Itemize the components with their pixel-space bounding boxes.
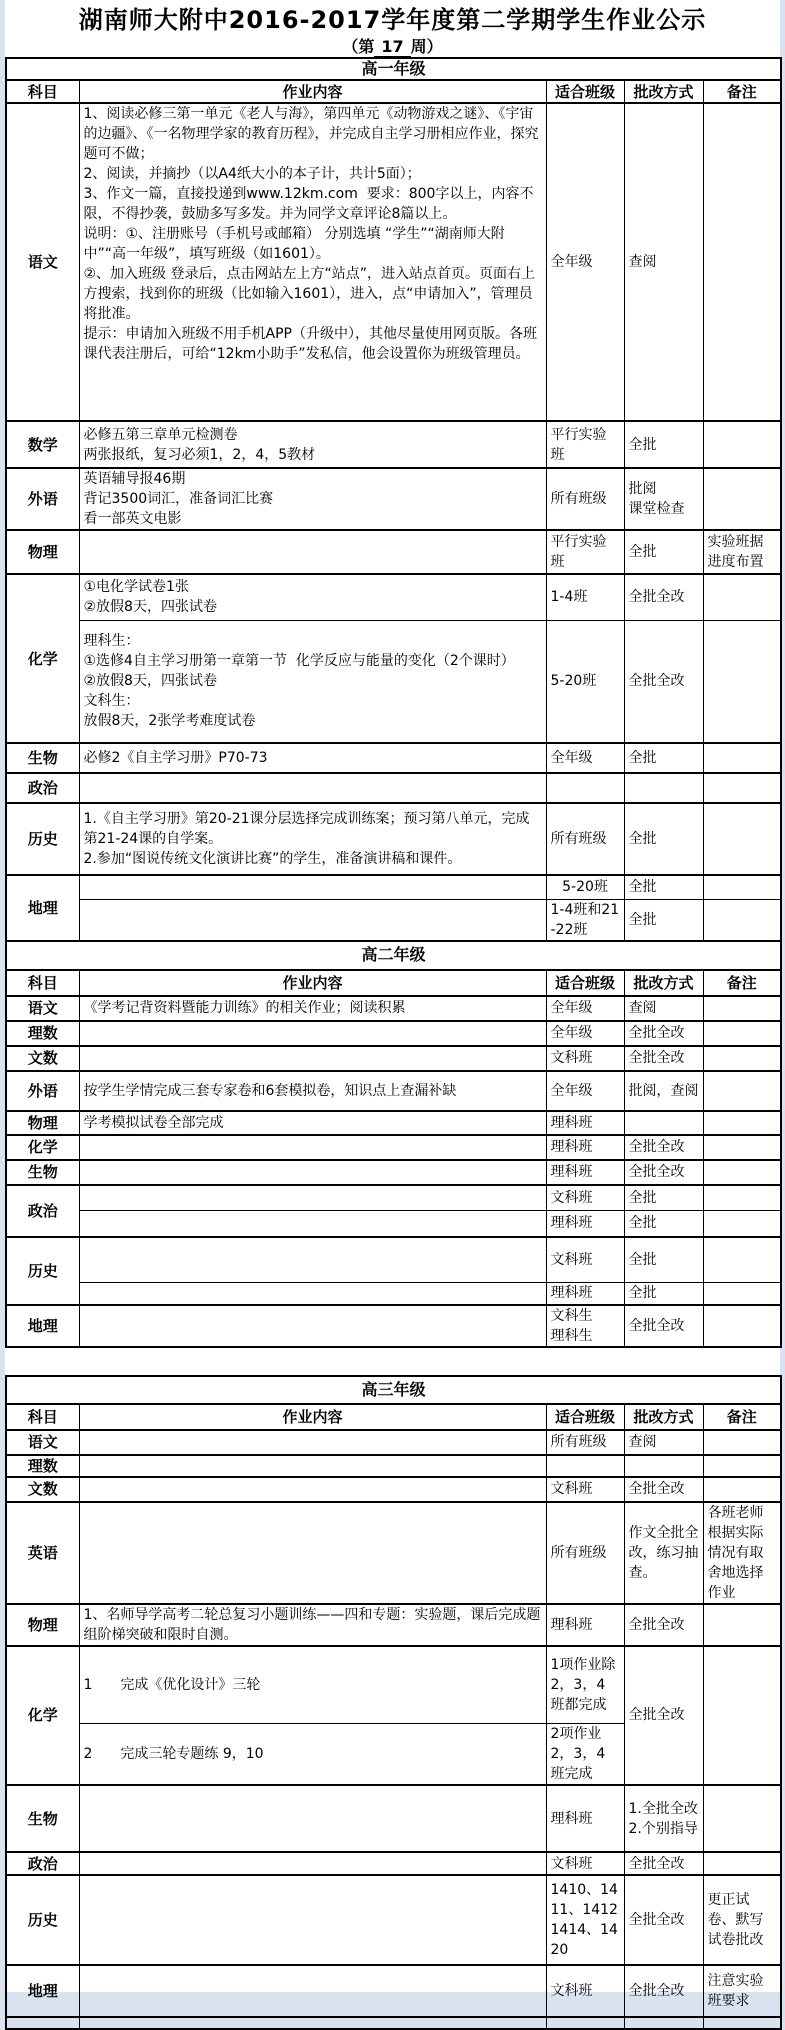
cell-content xyxy=(79,1785,546,1852)
cell-content: 2 完成三轮专题练 9，10 xyxy=(79,1724,546,1786)
cell-subject: 外语 xyxy=(6,468,79,530)
cell-content xyxy=(79,1046,546,1071)
cell-content: 理科生： ①选修4自主学习册第一章第一节 化学反应与能量的变化（2个课时） ②放… xyxy=(79,620,546,743)
column-header-method: 批改方式 xyxy=(624,80,703,103)
table-row: 外语 按学生学情完成三套专家卷和6套模拟卷，知识点上查漏补缺 全年级 批阅，查阅 xyxy=(6,1071,781,1111)
cell-method: 全批 xyxy=(624,1185,703,1211)
table-row: 地理 文科生 理科生 全批全改 xyxy=(6,1305,781,1347)
section-gap xyxy=(5,1348,780,1375)
cell-method: 批阅，查阅 xyxy=(624,1071,703,1111)
cell-note xyxy=(703,1852,781,1875)
cell-method: 全批 xyxy=(624,1283,703,1305)
homework-table-grade1-2: 高一年级 科目 作业内容 适合班级 批改方式 备注 语文 1、阅读必修三第一单元… xyxy=(5,57,782,1348)
cell-classes: 理科班 xyxy=(546,1160,624,1185)
cell-content: 1.《自主学习册》第20-21课分层选择完成训练案；预习第八单元，完成第21-2… xyxy=(79,803,546,875)
cell-content xyxy=(79,1875,546,1965)
section-title: 高二年级 xyxy=(6,941,781,970)
cell-subject: 历史 xyxy=(6,1875,79,1965)
empty-row xyxy=(6,2017,781,2029)
table-row: 生物 理科班 1.全批全改 2.个别指导 xyxy=(6,1785,781,1852)
empty-cell xyxy=(546,2017,624,2029)
cell-classes: 文科生 理科生 xyxy=(546,1305,624,1347)
cell-content xyxy=(79,530,546,574)
table-row: 文数 文科班 全批全改 xyxy=(6,1046,781,1071)
cell-content xyxy=(79,1211,546,1237)
cell-note xyxy=(703,1455,781,1477)
cell-note xyxy=(703,468,781,530)
cell-content: 1 完成《优化设计》三轮 xyxy=(79,1646,546,1724)
cell-subject: 地理 xyxy=(6,875,79,941)
empty-cell xyxy=(6,2017,79,2029)
cell-content xyxy=(79,773,546,803)
cell-method: 全批全改 xyxy=(624,1852,703,1875)
cell-classes: 文科班 xyxy=(546,1185,624,1211)
table-row: 数学 必修五第三章单元检测卷 两张报纸，复习必须1，2，4，5教材 平行实验班 … xyxy=(6,421,781,468)
cell-content xyxy=(79,1283,546,1305)
cell-content: 必修2《自主学习册》P70-73 xyxy=(79,743,546,773)
subtitle-prefix: （第 xyxy=(342,37,374,56)
column-header-subject: 科目 xyxy=(6,1404,79,1430)
table-row: 英语 所有班级 作文全批全改，练习抽查。 各班老师根据实际情况有取舍地选择作业 xyxy=(6,1502,781,1604)
cell-method: 全批 xyxy=(624,875,703,899)
cell-note xyxy=(703,996,781,1021)
cell-subject: 文数 xyxy=(6,1046,79,1071)
cell-subject: 外语 xyxy=(6,1071,79,1111)
cell-classes: 所有班级 xyxy=(546,803,624,875)
cell-method: 查阅 xyxy=(624,103,703,421)
table-row: 物理 学考模拟试卷全部完成 理科班 xyxy=(6,1111,781,1135)
table-subrow: 理科班 全批 xyxy=(6,1211,781,1237)
cell-content: 学考模拟试卷全部完成 xyxy=(79,1111,546,1135)
cell-note xyxy=(703,1135,781,1160)
cell-note xyxy=(703,1071,781,1111)
cell-classes: 平行实验班 xyxy=(546,421,624,468)
cell-subject: 英语 xyxy=(6,1502,79,1604)
cell-note xyxy=(703,1430,781,1455)
cell-classes: 全年级 xyxy=(546,996,624,1021)
cell-classes: 全年级 xyxy=(546,743,624,773)
cell-subject: 化学 xyxy=(6,1135,79,1160)
cell-content xyxy=(79,1160,546,1185)
cell-note xyxy=(703,103,781,421)
column-header-subject: 科目 xyxy=(6,80,79,103)
cell-method: 全批 xyxy=(624,530,703,574)
table-row: 化学 ①电化学试卷1张 ②放假8天，四张试卷 1-4班 全批全改 xyxy=(6,574,781,620)
homework-table-grade3: 高三年级 科目 作业内容 适合班级 批改方式 备注 语文 所有班级 查阅 理数 … xyxy=(5,1375,782,2030)
cell-content xyxy=(79,1477,546,1502)
cell-note xyxy=(703,803,781,875)
cell-method: 全批全改 xyxy=(624,1477,703,1502)
page-subtitle: （第17周） xyxy=(5,37,780,57)
section-banner-row: 高三年级 xyxy=(6,1376,781,1404)
cell-subject: 理数 xyxy=(6,1021,79,1046)
cell-method: 全批全改 xyxy=(624,620,703,743)
cell-method: 1.全批全改 2.个别指导 xyxy=(624,1785,703,1852)
cell-note: 更正试卷、默写试卷批改 xyxy=(703,1875,781,1965)
cell-classes: 5-20班 xyxy=(546,620,624,743)
section-title: 高一年级 xyxy=(6,58,781,80)
cell-classes: 全年级 xyxy=(546,1071,624,1111)
cell-method: 全批全改 xyxy=(624,1160,703,1185)
cell-content xyxy=(79,1305,546,1347)
column-header-note: 备注 xyxy=(703,80,781,103)
empty-cell xyxy=(703,2017,781,2029)
cell-method xyxy=(624,1455,703,1477)
column-header-method: 批改方式 xyxy=(624,1404,703,1430)
page-title: 湖南师大附中2016-2017学年度第二学期学生作业公示 xyxy=(5,0,780,37)
table-row: 生物 必修2《自主学习册》P70-73 全年级 全批 xyxy=(6,743,781,773)
cell-subject: 物理 xyxy=(6,1111,79,1135)
table-row: 物理 1、名师导学高考二轮总复习小题训练——四和专题：实验题，课后完成题组阶梯突… xyxy=(6,1604,781,1646)
cell-subject: 化学 xyxy=(6,574,79,743)
cell-classes: 全年级 xyxy=(546,1021,624,1046)
week-number: 17 xyxy=(374,37,410,58)
cell-content xyxy=(79,1185,546,1211)
column-header-content: 作业内容 xyxy=(79,80,546,103)
cell-method: 全批全改 xyxy=(624,1646,703,1786)
cell-method: 全批 xyxy=(624,899,703,941)
cell-subject: 政治 xyxy=(6,1185,79,1237)
cell-subject: 语文 xyxy=(6,1430,79,1455)
cell-method: 查阅 xyxy=(624,996,703,1021)
cell-note xyxy=(703,1185,781,1211)
document-page: 湖南师大附中2016-2017学年度第二学期学生作业公示 （第17周） 高一年级… xyxy=(5,0,780,1992)
header-row: 科目 作业内容 适合班级 批改方式 备注 xyxy=(6,80,781,103)
table-row: 政治 xyxy=(6,773,781,803)
cell-method xyxy=(624,773,703,803)
cell-classes xyxy=(546,1455,624,1477)
table-row: 地理 5-20班 全批 xyxy=(6,875,781,899)
cell-classes: 1-4班 xyxy=(546,574,624,620)
column-header-method: 批改方式 xyxy=(624,970,703,996)
cell-note xyxy=(703,1305,781,1347)
cell-classes: 文科班 xyxy=(546,1477,624,1502)
table-row: 文数 文科班 全批全改 xyxy=(6,1477,781,1502)
cell-classes: 1项作业除2，3，4 班都完成 xyxy=(546,1646,624,1724)
table-row: 语文 所有班级 查阅 xyxy=(6,1430,781,1455)
section-title: 高三年级 xyxy=(6,1376,781,1404)
cell-note xyxy=(703,1111,781,1135)
cell-subject: 文数 xyxy=(6,1477,79,1502)
column-header-classes: 适合班级 xyxy=(546,970,624,996)
cell-content xyxy=(79,1852,546,1875)
table-row: 历史 1410、1411、1412 1414、1420 全批全改 更正试卷、默写… xyxy=(6,1875,781,1965)
column-header-classes: 适合班级 xyxy=(546,1404,624,1430)
cell-subject: 语文 xyxy=(6,103,79,421)
cell-subject: 生物 xyxy=(6,1160,79,1185)
cell-content: 1、名师导学高考二轮总复习小题训练——四和专题：实验题，课后完成题组阶梯突破和限… xyxy=(79,1604,546,1646)
cell-method: 全批全改 xyxy=(624,574,703,620)
column-header-classes: 适合班级 xyxy=(546,80,624,103)
cell-note xyxy=(703,1046,781,1071)
header-row: 科目 作业内容 适合班级 批改方式 备注 xyxy=(6,970,781,996)
cell-content xyxy=(79,1135,546,1160)
cell-classes: 文科班 xyxy=(546,1965,624,2017)
cell-method: 全批 xyxy=(624,1211,703,1237)
cell-method: 全批全改 xyxy=(624,1604,703,1646)
cell-classes: 理科班 xyxy=(546,1283,624,1305)
cell-content: 1、阅读必修三第一单元《老人与海》，第四单元《动物游戏之谜》、《宇宙的边疆》、《… xyxy=(79,103,546,421)
table-subrow: 理科生： ①选修4自主学习册第一章第一节 化学反应与能量的变化（2个课时） ②放… xyxy=(6,620,781,743)
table-row: 政治 文科班 全批 xyxy=(6,1185,781,1211)
cell-note xyxy=(703,743,781,773)
cell-method: 全批 xyxy=(624,743,703,773)
cell-note xyxy=(703,1283,781,1305)
cell-note xyxy=(703,620,781,743)
cell-method: 全批 xyxy=(624,803,703,875)
cell-subject: 政治 xyxy=(6,773,79,803)
cell-subject: 数学 xyxy=(6,421,79,468)
cell-classes: 文科班 xyxy=(546,1046,624,1071)
empty-cell xyxy=(79,2017,546,2029)
table-row: 历史 文科班 全批 xyxy=(6,1237,781,1283)
table-row: 理数 xyxy=(6,1455,781,1477)
column-header-content: 作业内容 xyxy=(79,1404,546,1430)
cell-classes: 所有班级 xyxy=(546,1502,624,1604)
cell-method: 查阅 xyxy=(624,1430,703,1455)
column-header-subject: 科目 xyxy=(6,970,79,996)
cell-subject: 理数 xyxy=(6,1455,79,1477)
subtitle-suffix: 周） xyxy=(411,37,443,56)
cell-note: 实验班据进度布置 xyxy=(703,530,781,574)
cell-content: 必修五第三章单元检测卷 两张报纸，复习必须1，2，4，5教材 xyxy=(79,421,546,468)
cell-note xyxy=(703,875,781,899)
cell-note: 注意实验班要求 xyxy=(703,1965,781,2017)
column-header-content: 作业内容 xyxy=(79,970,546,996)
table-row: 化学 1 完成《优化设计》三轮 1项作业除2，3，4 班都完成 全批全改 xyxy=(6,1646,781,1724)
table-row: 化学 理科班 全批全改 xyxy=(6,1135,781,1160)
cell-classes: 所有班级 xyxy=(546,1430,624,1455)
cell-note xyxy=(703,1785,781,1852)
cell-content: 英语辅导报46期 背记3500词汇，准备词汇比赛 看一部英文电影 xyxy=(79,468,546,530)
cell-note xyxy=(703,1646,781,1786)
cell-method: 作文全批全改，练习抽查。 xyxy=(624,1502,703,1604)
cell-note xyxy=(703,421,781,468)
cell-content xyxy=(79,1455,546,1477)
cell-method: 全批全改 xyxy=(624,1875,703,1965)
cell-content: 按学生学情完成三套专家卷和6套模拟卷，知识点上查漏补缺 xyxy=(79,1071,546,1111)
cell-content xyxy=(79,1965,546,2017)
empty-cell xyxy=(624,2017,703,2029)
cell-classes: 理科班 xyxy=(546,1604,624,1646)
cell-subject: 语文 xyxy=(6,996,79,1021)
table-subrow: 1-4班和21-22班 全批 xyxy=(6,899,781,941)
cell-classes: 所有班级 xyxy=(546,468,624,530)
cell-classes: 文科班 xyxy=(546,1852,624,1875)
table-row: 理数 全年级 全批全改 xyxy=(6,1021,781,1046)
cell-subject: 政治 xyxy=(6,1852,79,1875)
cell-content xyxy=(79,1021,546,1046)
cell-content xyxy=(79,899,546,941)
table-row: 地理 文科班 全批全改 注意实验班要求 xyxy=(6,1965,781,2017)
cell-content: 《学考记背资料暨能力训练》的相关作业；阅读积累 xyxy=(79,996,546,1021)
cell-classes: 2项作业2，3，4 班完成 xyxy=(546,1724,624,1786)
cell-classes: 理科班 xyxy=(546,1111,624,1135)
cell-note xyxy=(703,1160,781,1185)
cell-method: 批阅 课堂检查 xyxy=(624,468,703,530)
section-banner-row: 高二年级 xyxy=(6,941,781,970)
cell-content: ①电化学试卷1张 ②放假8天，四张试卷 xyxy=(79,574,546,620)
cell-note xyxy=(703,1211,781,1237)
cell-classes: 理科班 xyxy=(546,1785,624,1852)
cell-subject: 地理 xyxy=(6,1965,79,2017)
cell-subject: 化学 xyxy=(6,1646,79,1786)
cell-classes: 1-4班和21-22班 xyxy=(546,899,624,941)
header-row: 科目 作业内容 适合班级 批改方式 备注 xyxy=(6,1404,781,1430)
cell-classes: 1410、1411、1412 1414、1420 xyxy=(546,1875,624,1965)
cell-subject: 历史 xyxy=(6,1237,79,1305)
cell-classes: 理科班 xyxy=(546,1211,624,1237)
cell-note xyxy=(703,773,781,803)
cell-subject: 生物 xyxy=(6,1785,79,1852)
cell-subject: 物理 xyxy=(6,1604,79,1646)
cell-note xyxy=(703,574,781,620)
cell-classes: 5-20班 xyxy=(546,875,624,899)
cell-subject: 物理 xyxy=(6,530,79,574)
table-row: 语文 1、阅读必修三第一单元《老人与海》，第四单元《动物游戏之谜》、《宇宙的边疆… xyxy=(6,103,781,421)
cell-subject: 地理 xyxy=(6,1305,79,1347)
cell-classes: 文科班 xyxy=(546,1237,624,1283)
table-subrow: 理科班 全批 xyxy=(6,1283,781,1305)
cell-method: 全批 xyxy=(624,421,703,468)
cell-content xyxy=(79,1502,546,1604)
column-header-note: 备注 xyxy=(703,970,781,996)
cell-classes: 平行实验班 xyxy=(546,530,624,574)
cell-classes xyxy=(546,773,624,803)
cell-method: 全批全改 xyxy=(624,1135,703,1160)
cell-method xyxy=(624,1111,703,1135)
cell-content xyxy=(79,1430,546,1455)
cell-subject: 生物 xyxy=(6,743,79,773)
cell-note xyxy=(703,1021,781,1046)
cell-note xyxy=(703,1604,781,1646)
cell-classes: 理科班 xyxy=(546,1135,624,1160)
cell-note xyxy=(703,1237,781,1283)
cell-method: 全批 xyxy=(624,1237,703,1283)
cell-note xyxy=(703,1477,781,1502)
cell-classes: 全年级 xyxy=(546,103,624,421)
cell-note: 各班老师根据实际情况有取舍地选择作业 xyxy=(703,1502,781,1604)
cell-method: 全批全改 xyxy=(624,1965,703,2017)
table-row: 外语 英语辅导报46期 背记3500词汇，准备词汇比赛 看一部英文电影 所有班级… xyxy=(6,468,781,530)
table-row: 历史 1.《自主学习册》第20-21课分层选择完成训练案；预习第八单元，完成第2… xyxy=(6,803,781,875)
table-row: 物理 平行实验班 全批 实验班据进度布置 xyxy=(6,530,781,574)
cell-content xyxy=(79,875,546,899)
cell-note xyxy=(703,899,781,941)
column-header-note: 备注 xyxy=(703,1404,781,1430)
section-banner-row: 高一年级 xyxy=(6,58,781,80)
cell-method: 全批全改 xyxy=(624,1305,703,1347)
table-row: 语文 《学考记背资料暨能力训练》的相关作业；阅读积累 全年级 查阅 xyxy=(6,996,781,1021)
table-row: 政治 文科班 全批全改 xyxy=(6,1852,781,1875)
cell-content xyxy=(79,1237,546,1283)
table-row: 生物 理科班 全批全改 xyxy=(6,1160,781,1185)
cell-method: 全批全改 xyxy=(624,1021,703,1046)
cell-subject: 历史 xyxy=(6,803,79,875)
cell-method: 全批全改 xyxy=(624,1046,703,1071)
